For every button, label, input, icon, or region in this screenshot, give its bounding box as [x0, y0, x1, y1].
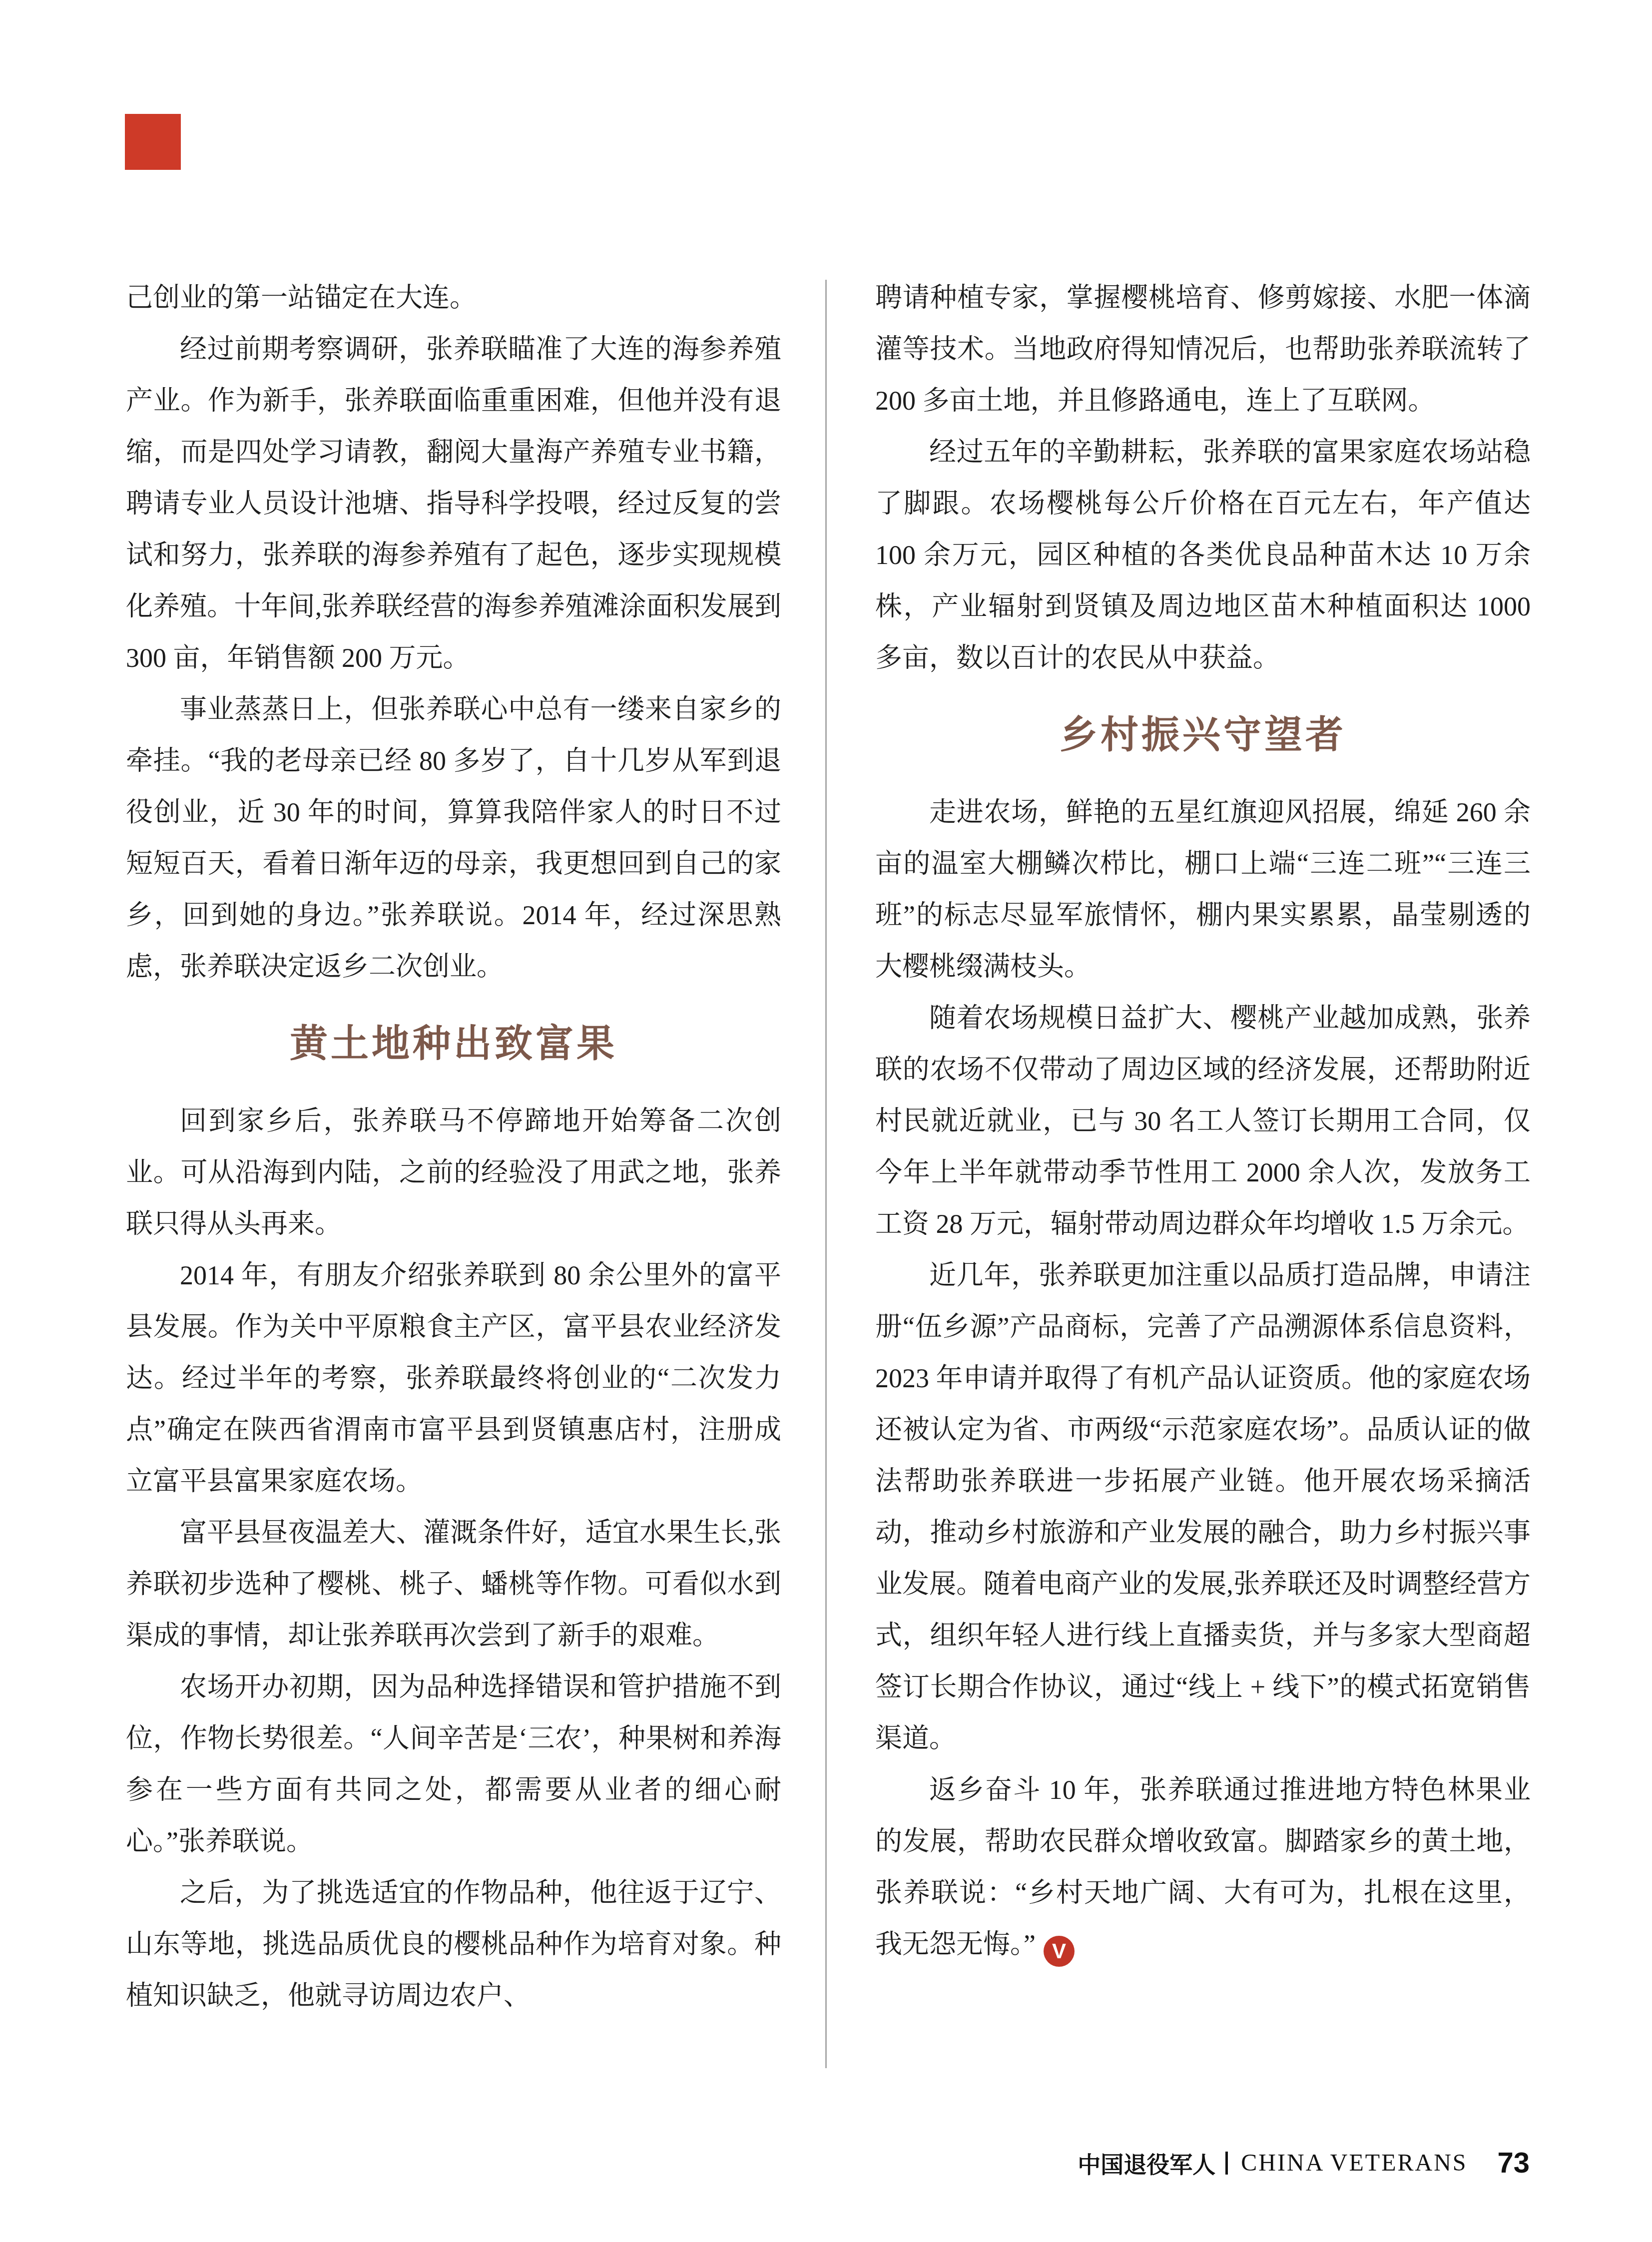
paragraph-text: 返乡奋斗 10 年，张养联通过推进地方特色林果业的发展，帮助农民群众增收致富。脚… [875, 1775, 1531, 1959]
article-column-right: 聘请种植专家，掌握樱桃培育、修剪嫁接、水肥一体滴灌等技术。当地政府得知情况后，也… [875, 272, 1531, 1970]
paragraph: 己创业的第一站锚定在大连。 [126, 272, 781, 324]
paragraph: 之后，为了挑选适宜的作物品种，他往返于辽宁、山东等地，挑选品质优良的樱桃品种作为… [126, 1867, 781, 2022]
paragraph: 近几年，张养联更加注重以品质打造品牌，申请注册“伍乡源”产品商标，完善了产品溯源… [875, 1250, 1531, 1764]
article-column-left: 己创业的第一站锚定在大连。 经过前期考察调研，张养联瞄准了大连的海参养殖产业。作… [126, 272, 781, 2022]
paragraph: 2014 年，有朋友介绍张养联到 80 余公里外的富平县发展。作为关中平原粮食主… [126, 1250, 781, 1507]
section-heading-rural-revitalization: 乡村振兴守望者 [875, 714, 1531, 757]
page-footer: 中国退役军人 CHINA VETERANS 73 [1078, 2146, 1530, 2180]
page-number: 73 [1497, 2146, 1530, 2180]
corner-marker-square [125, 114, 181, 170]
footer-divider-bar [1225, 2152, 1228, 2175]
paragraph: 随着农场规模日益扩大、樱桃产业越加成熟，张养联的农场不仅带动了周边区域的经济发展… [875, 993, 1531, 1250]
column-divider-rule [825, 280, 827, 2068]
paragraph: 富平县昼夜温差大、灌溉条件好，适宜水果生长,张养联初步选种了樱桃、桃子、蟠桃等作… [126, 1507, 781, 1662]
magazine-name-chinese: 中国退役军人 [1078, 2147, 1215, 2180]
paragraph: 经过五年的辛勤耕耘，张养联的富果家庭农场站稳了脚跟。农场樱桃每公斤价格在百元左右… [875, 427, 1531, 684]
article-end-mark-icon: V [1044, 1936, 1075, 1967]
section-heading-yellow-earth: 黄土地种出致富果 [126, 1023, 781, 1066]
magazine-name-english: CHINA VETERANS [1241, 2149, 1467, 2177]
paragraph: 事业蒸蒸日上，但张养联心中总有一缕来自家乡的牵挂。“我的老母亲已经 80 多岁了… [126, 684, 781, 993]
magazine-page: 己创业的第一站锚定在大连。 经过前期考察调研，张养联瞄准了大连的海参养殖产业。作… [0, 0, 1652, 2242]
paragraph: 回到家乡后，张养联马不停蹄地开始筹备二次创业。可从沿海到内陆，之前的经验没了用武… [126, 1096, 781, 1250]
paragraph: 农场开办初期，因为品种选择错误和管护措施不到位，作物长势很差。“人间辛苦是‘三农… [126, 1662, 781, 1867]
paragraph: 返乡奋斗 10 年，张养联通过推进地方特色林果业的发展，帮助农民群众增收致富。脚… [875, 1764, 1531, 1970]
paragraph: 聘请种植专家，掌握樱桃培育、修剪嫁接、水肥一体滴灌等技术。当地政府得知情况后，也… [875, 272, 1531, 427]
paragraph: 走进农场，鲜艳的五星红旗迎风招展，绵延 260 余亩的温室大棚鳞次栉比，棚口上端… [875, 787, 1531, 993]
paragraph: 经过前期考察调研，张养联瞄准了大连的海参养殖产业。作为新手，张养联面临重重困难，… [126, 324, 781, 684]
